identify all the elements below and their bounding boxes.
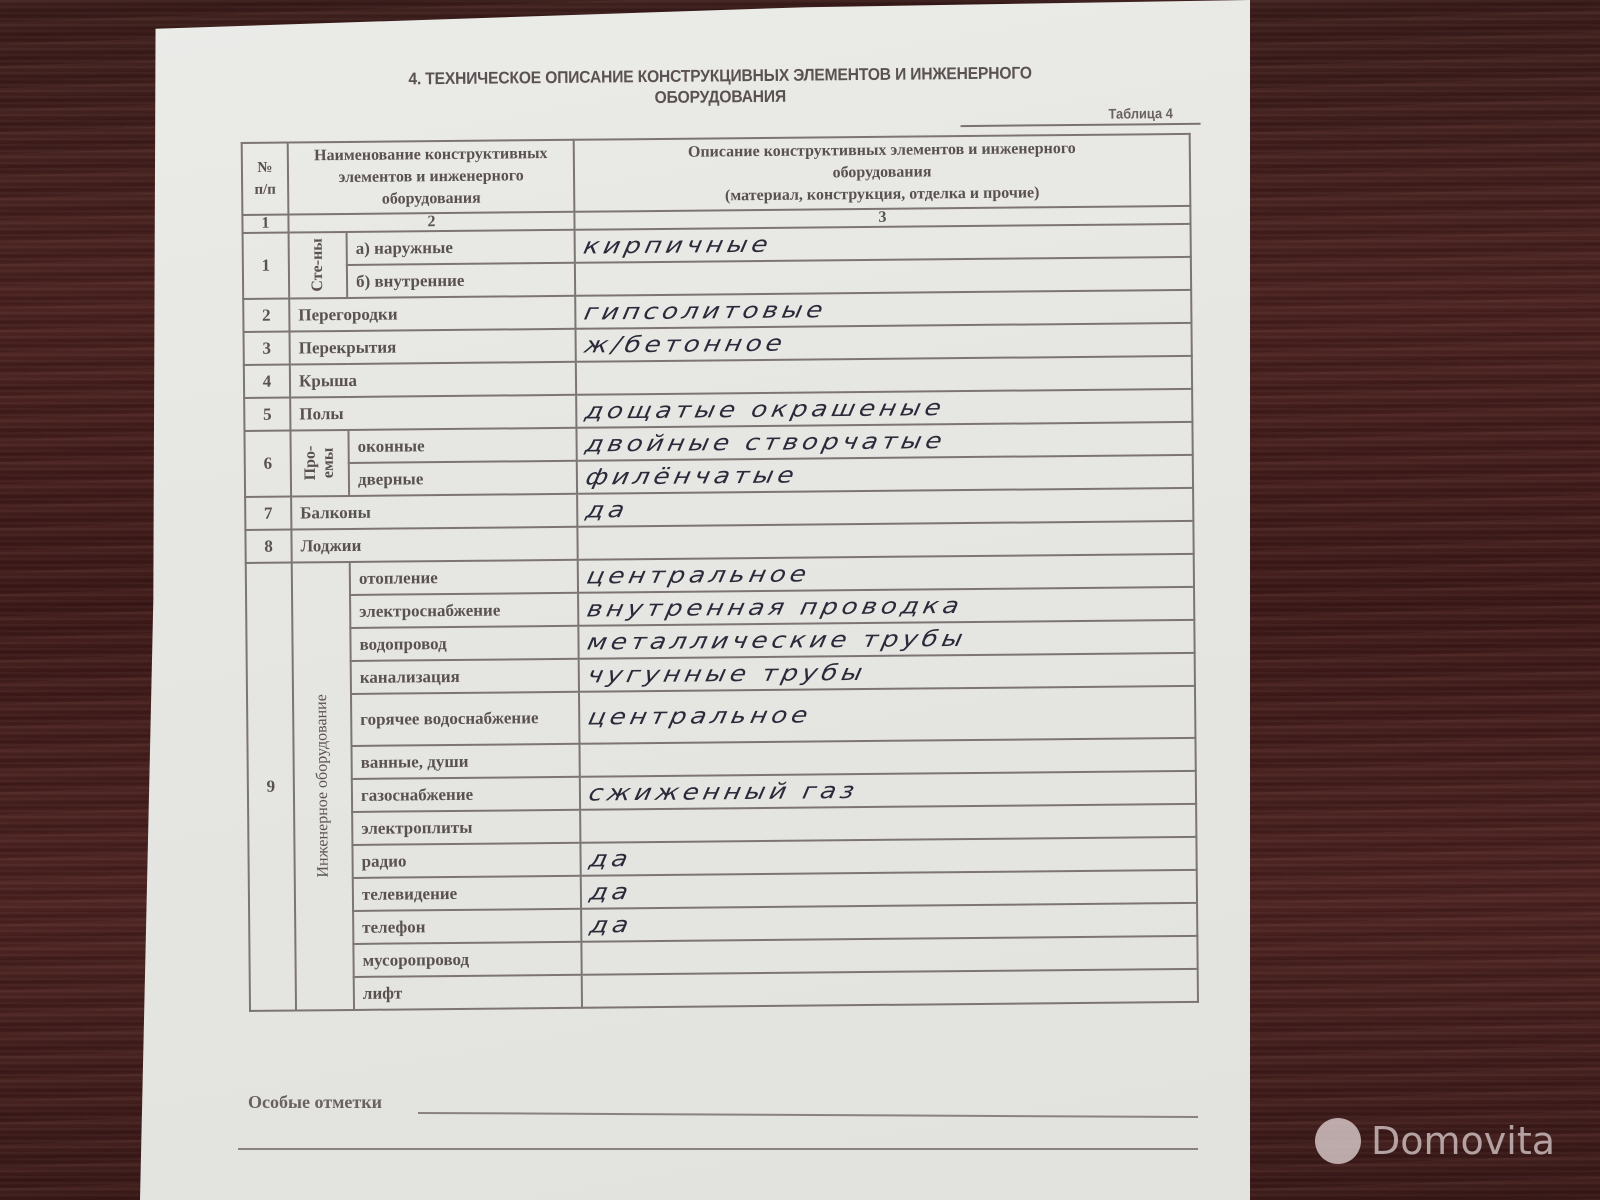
handwritten-value: филёнчатые: [583, 462, 800, 490]
element-name: мусоропровод: [353, 942, 581, 977]
handwritten-value: сжиженный газ: [586, 778, 860, 806]
element-name: Лоджии: [291, 527, 577, 563]
special-marks: Особые отметки: [248, 1092, 1208, 1113]
element-name: радио: [352, 843, 580, 878]
handwritten-value: гипсолитовые: [582, 297, 829, 325]
walls-group: Сте-ны: [289, 232, 348, 299]
handwritten-value: да: [587, 846, 634, 872]
row-number: 3: [244, 332, 290, 365]
table-label-underline: [961, 123, 1201, 127]
element-name: электроснабжение: [350, 593, 578, 628]
row-number: 1: [243, 233, 290, 299]
row-number: 8: [245, 530, 291, 563]
domovita-watermark: Domovita: [1315, 1118, 1555, 1164]
row-number: 7: [245, 497, 291, 530]
element-name: телефон: [353, 909, 581, 944]
header-name: Наименование конструктивных элементов и …: [288, 140, 575, 215]
handwritten-value: ж/бетонное: [582, 330, 788, 357]
special-marks-label: Особые отметки: [248, 1092, 382, 1112]
handwritten-value: чугунные трубы: [585, 660, 868, 688]
element-name: электроплиты: [352, 810, 580, 845]
element-name: водопровод: [350, 626, 578, 661]
handwritten-value: центральное: [586, 703, 814, 731]
element-name: ванные, души: [351, 744, 579, 779]
openings-group: Про-емы: [290, 430, 349, 497]
element-name: оконные: [348, 428, 576, 463]
openings-group-label: Про-емы: [301, 431, 338, 495]
row-number: 5: [244, 398, 290, 431]
header-num: № п/п: [242, 143, 289, 215]
engineering-group-label: Инженерное оборудование: [313, 694, 333, 877]
element-name: канализация: [351, 659, 579, 694]
watermark-text: Domovita: [1371, 1119, 1555, 1163]
element-name: дверные: [349, 461, 577, 496]
description-cell: центральное: [579, 686, 1195, 744]
special-marks-line-2: [238, 1148, 1198, 1150]
header-desc: Описание конструктивных элементов и инже…: [574, 134, 1191, 212]
row-number: 2: [243, 299, 289, 332]
handwritten-value: кирпичные: [581, 232, 774, 259]
handwritten-value: дощатые окрашеные: [583, 395, 948, 424]
element-name: телевидение: [353, 876, 581, 911]
handwritten-value: да: [587, 879, 634, 905]
element-name: Перекрытия: [290, 329, 576, 365]
row-number: 9: [246, 563, 296, 1011]
element-name: газоснабжение: [352, 777, 580, 812]
element-name: горячее водоснабжение: [351, 692, 580, 746]
handwritten-value: внутренная проводка: [585, 593, 965, 622]
table-header-row: № п/п Наименование конструктивных элемен…: [242, 134, 1191, 215]
element-name: лифт: [354, 975, 582, 1010]
element-name: Крыша: [290, 362, 576, 398]
row-number: 6: [244, 431, 291, 497]
handwritten-value: двойные створчатые: [583, 428, 948, 457]
walls-group-label: Сте-ны: [309, 239, 328, 293]
handwritten-value: центральное: [584, 561, 812, 589]
construction-elements-table: № п/п Наименование конструктивных элемен…: [241, 133, 1199, 1012]
table-row: горячее водоснабжениецентральное: [247, 686, 1195, 747]
handwritten-value: да: [584, 497, 631, 523]
document-title: 4. ТЕХНИЧЕСКОЕ ОПИСАНИЕ КОНСТРУКЦИВНЫХ Э…: [315, 62, 1125, 112]
element-name: Перегородки: [289, 296, 575, 332]
handwritten-value: да: [588, 912, 635, 938]
document: 4. ТЕХНИЧЕСКОЕ ОПИСАНИЕ КОНСТРУКЦИВНЫХ Э…: [240, 61, 1209, 1012]
element-name: Полы: [290, 395, 576, 431]
handwritten-value: металлические трубы: [585, 626, 969, 655]
domovita-logo-icon: [1315, 1118, 1361, 1164]
element-name: а) наружные: [347, 230, 575, 265]
header-desc-line3: (материал, конструкция, отделка и прочие…: [583, 181, 1181, 209]
element-name: Балконы: [291, 494, 577, 530]
element-name: отопление: [350, 560, 578, 595]
description-cell: [582, 969, 1198, 1008]
col-number-1: 1: [242, 215, 288, 233]
row-number: 4: [244, 365, 290, 398]
element-name: б) внутренние: [347, 263, 575, 298]
engineering-group: Инженерное оборудование: [292, 562, 354, 1011]
